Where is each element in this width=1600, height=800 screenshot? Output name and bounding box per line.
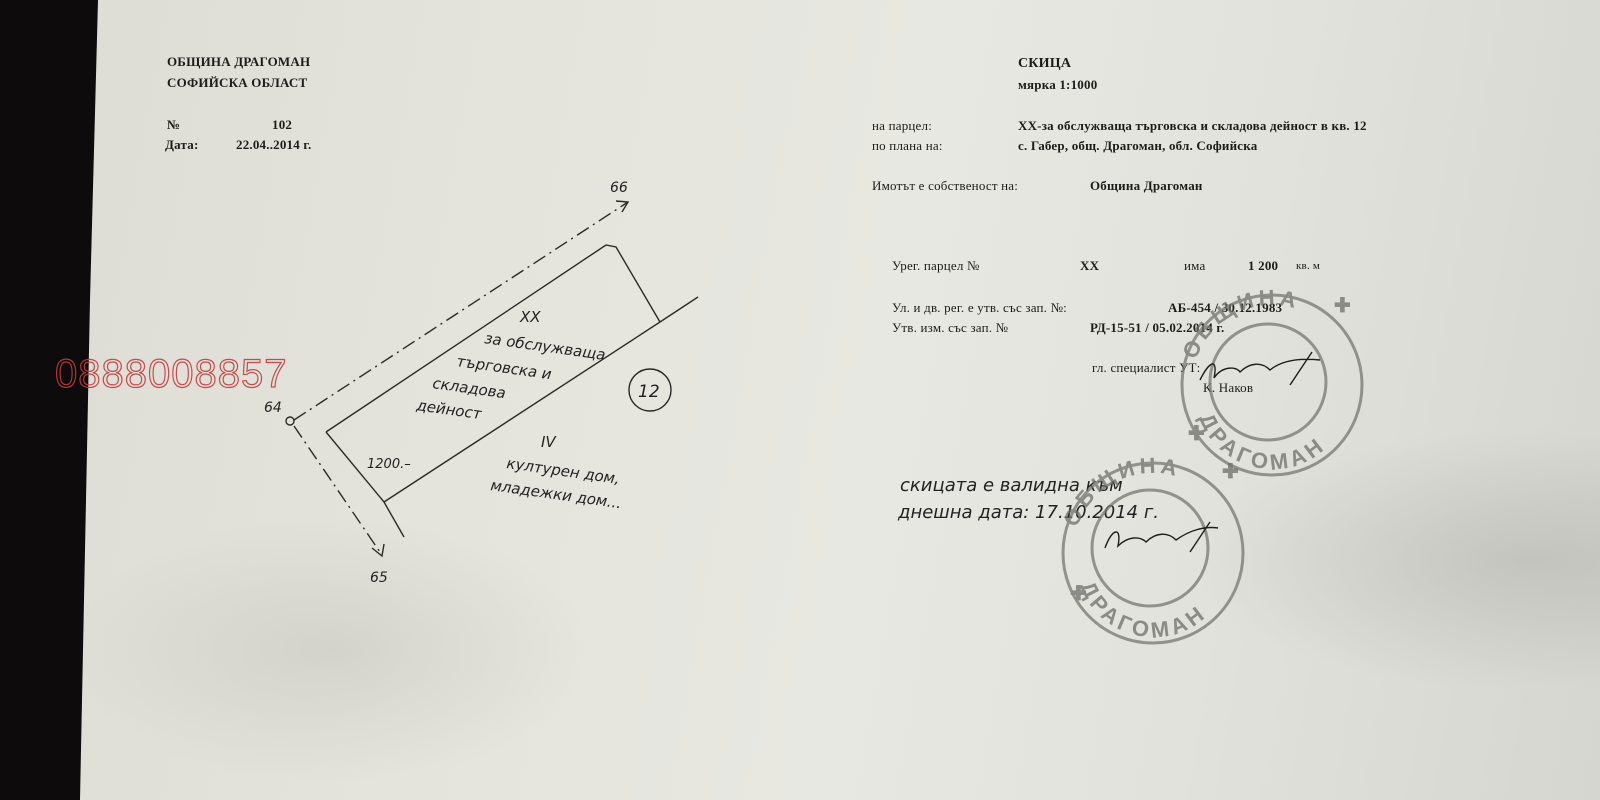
block-number: 12: [638, 382, 660, 402]
stamp-lower-bottom-text: ДРАГОМАН: [1075, 577, 1211, 643]
signature-validation: [1105, 522, 1218, 552]
parcel-purpose-4: дейност: [414, 396, 483, 423]
municipal-stamp-upper: ОБЩИНА ДРАГОМАН ✚ ✚: [1177, 285, 1362, 475]
parcel-area-label: 1200.–: [367, 457, 411, 472]
axis-line-south: [294, 426, 382, 555]
svg-text:ДРАГОМАН: ДРАГОМАН: [1194, 409, 1330, 475]
point-label-64: 64: [264, 400, 282, 416]
parcel-id: XX: [519, 308, 541, 326]
adjacent-id: IV: [541, 433, 557, 451]
parcel-purpose-3: складова: [431, 374, 506, 402]
svg-text:ОБЩИНА: ОБЩИНА: [1177, 285, 1302, 362]
survey-point-64: [286, 417, 294, 425]
point-label-65: 65: [370, 570, 388, 586]
svg-text:ДРАГОМАН: ДРАГОМАН: [1075, 577, 1211, 643]
stamp-upper-bottom-text: ДРАГОМАН: [1194, 409, 1330, 475]
stamp-upper-top-text: ОБЩИНА: [1177, 285, 1302, 362]
municipal-stamp-lower: ОБЩИНА ДРАГОМАН ✚ ✚: [1058, 453, 1243, 643]
parcel-sketch: 64 66 65 XX за обслужваща търговска и ск…: [0, 0, 1600, 800]
point-label-66: 66: [610, 180, 628, 196]
svg-text:✚: ✚: [1222, 461, 1239, 483]
svg-text:✚: ✚: [1070, 583, 1087, 605]
signature-specialist: [1200, 352, 1320, 385]
svg-text:✚: ✚: [1334, 295, 1351, 317]
phone-watermark: 0888008857: [55, 352, 287, 397]
svg-text:✚: ✚: [1188, 423, 1205, 445]
